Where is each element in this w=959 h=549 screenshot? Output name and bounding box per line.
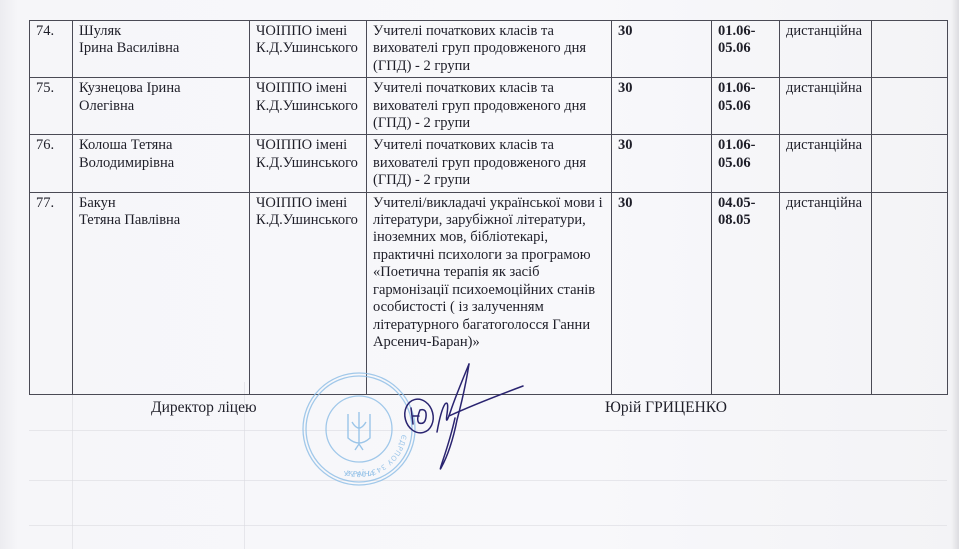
teacher-name: Шуляк Ірина Василівна bbox=[73, 21, 250, 78]
form: дистанційна bbox=[780, 135, 872, 192]
institution: ЧОІППО імені К.Д.Ушинського bbox=[250, 78, 367, 135]
note bbox=[872, 135, 948, 192]
institution: ЧОІППО імені К.Д.Ушинського bbox=[250, 135, 367, 192]
hours: 30 bbox=[612, 21, 712, 78]
category: Учителі початкових класів та вихователі … bbox=[367, 78, 612, 135]
dates: 01.06- 05.06 bbox=[712, 21, 780, 78]
table-row: 74. Шуляк Ірина Василівна ЧОІППО імені К… bbox=[30, 21, 948, 78]
table-row: 75. Кузнецова Ірина Олегівна ЧОІППО імен… bbox=[30, 78, 948, 135]
dates: 04.05- 08.05 bbox=[712, 192, 780, 394]
dates: 01.06- 05.06 bbox=[712, 135, 780, 192]
hours: 30 bbox=[612, 78, 712, 135]
teacher-name: Бакун Тетяна Павлівна bbox=[73, 192, 250, 394]
form: дистанційна bbox=[780, 21, 872, 78]
row-number: 74. bbox=[30, 21, 73, 78]
paper-edge bbox=[951, 0, 959, 549]
table-row: 76. Колоша Тетяна Володимирівна ЧОІППО і… bbox=[30, 135, 948, 192]
bleed-through-line bbox=[29, 480, 947, 481]
institution: ЧОІППО імені К.Д.Ушинського bbox=[250, 21, 367, 78]
bleed-through-line bbox=[29, 525, 947, 526]
note bbox=[872, 78, 948, 135]
category: Учителі початкових класів та вихователі … bbox=[367, 21, 612, 78]
courses-table: 74. Шуляк Ірина Василівна ЧОІППО імені К… bbox=[29, 20, 948, 395]
signature-icon bbox=[395, 360, 535, 480]
note bbox=[872, 192, 948, 394]
note bbox=[872, 21, 948, 78]
bleed-through-line bbox=[72, 382, 73, 549]
dates: 01.06- 05.06 bbox=[712, 78, 780, 135]
institution: ЧОІППО імені К.Д.Ушинського bbox=[250, 192, 367, 394]
hours: 30 bbox=[612, 135, 712, 192]
hours: 30 bbox=[612, 192, 712, 394]
stamp-country-text: УКРАЇНА bbox=[344, 469, 375, 478]
form: дистанційна bbox=[780, 192, 872, 394]
teacher-name: Кузнецова Ірина Олегівна bbox=[73, 78, 250, 135]
row-number: 75. bbox=[30, 78, 73, 135]
signatory-name: Юрій ГРИЦЕНКО bbox=[605, 399, 727, 417]
category: Учителі початкових класів та вихователі … bbox=[367, 135, 612, 192]
director-title: Директор ліцею bbox=[151, 399, 257, 417]
form: дистанційна bbox=[780, 78, 872, 135]
teacher-name: Колоша Тетяна Володимирівна bbox=[73, 135, 250, 192]
row-number: 77. bbox=[30, 192, 73, 394]
row-number: 76. bbox=[30, 135, 73, 192]
